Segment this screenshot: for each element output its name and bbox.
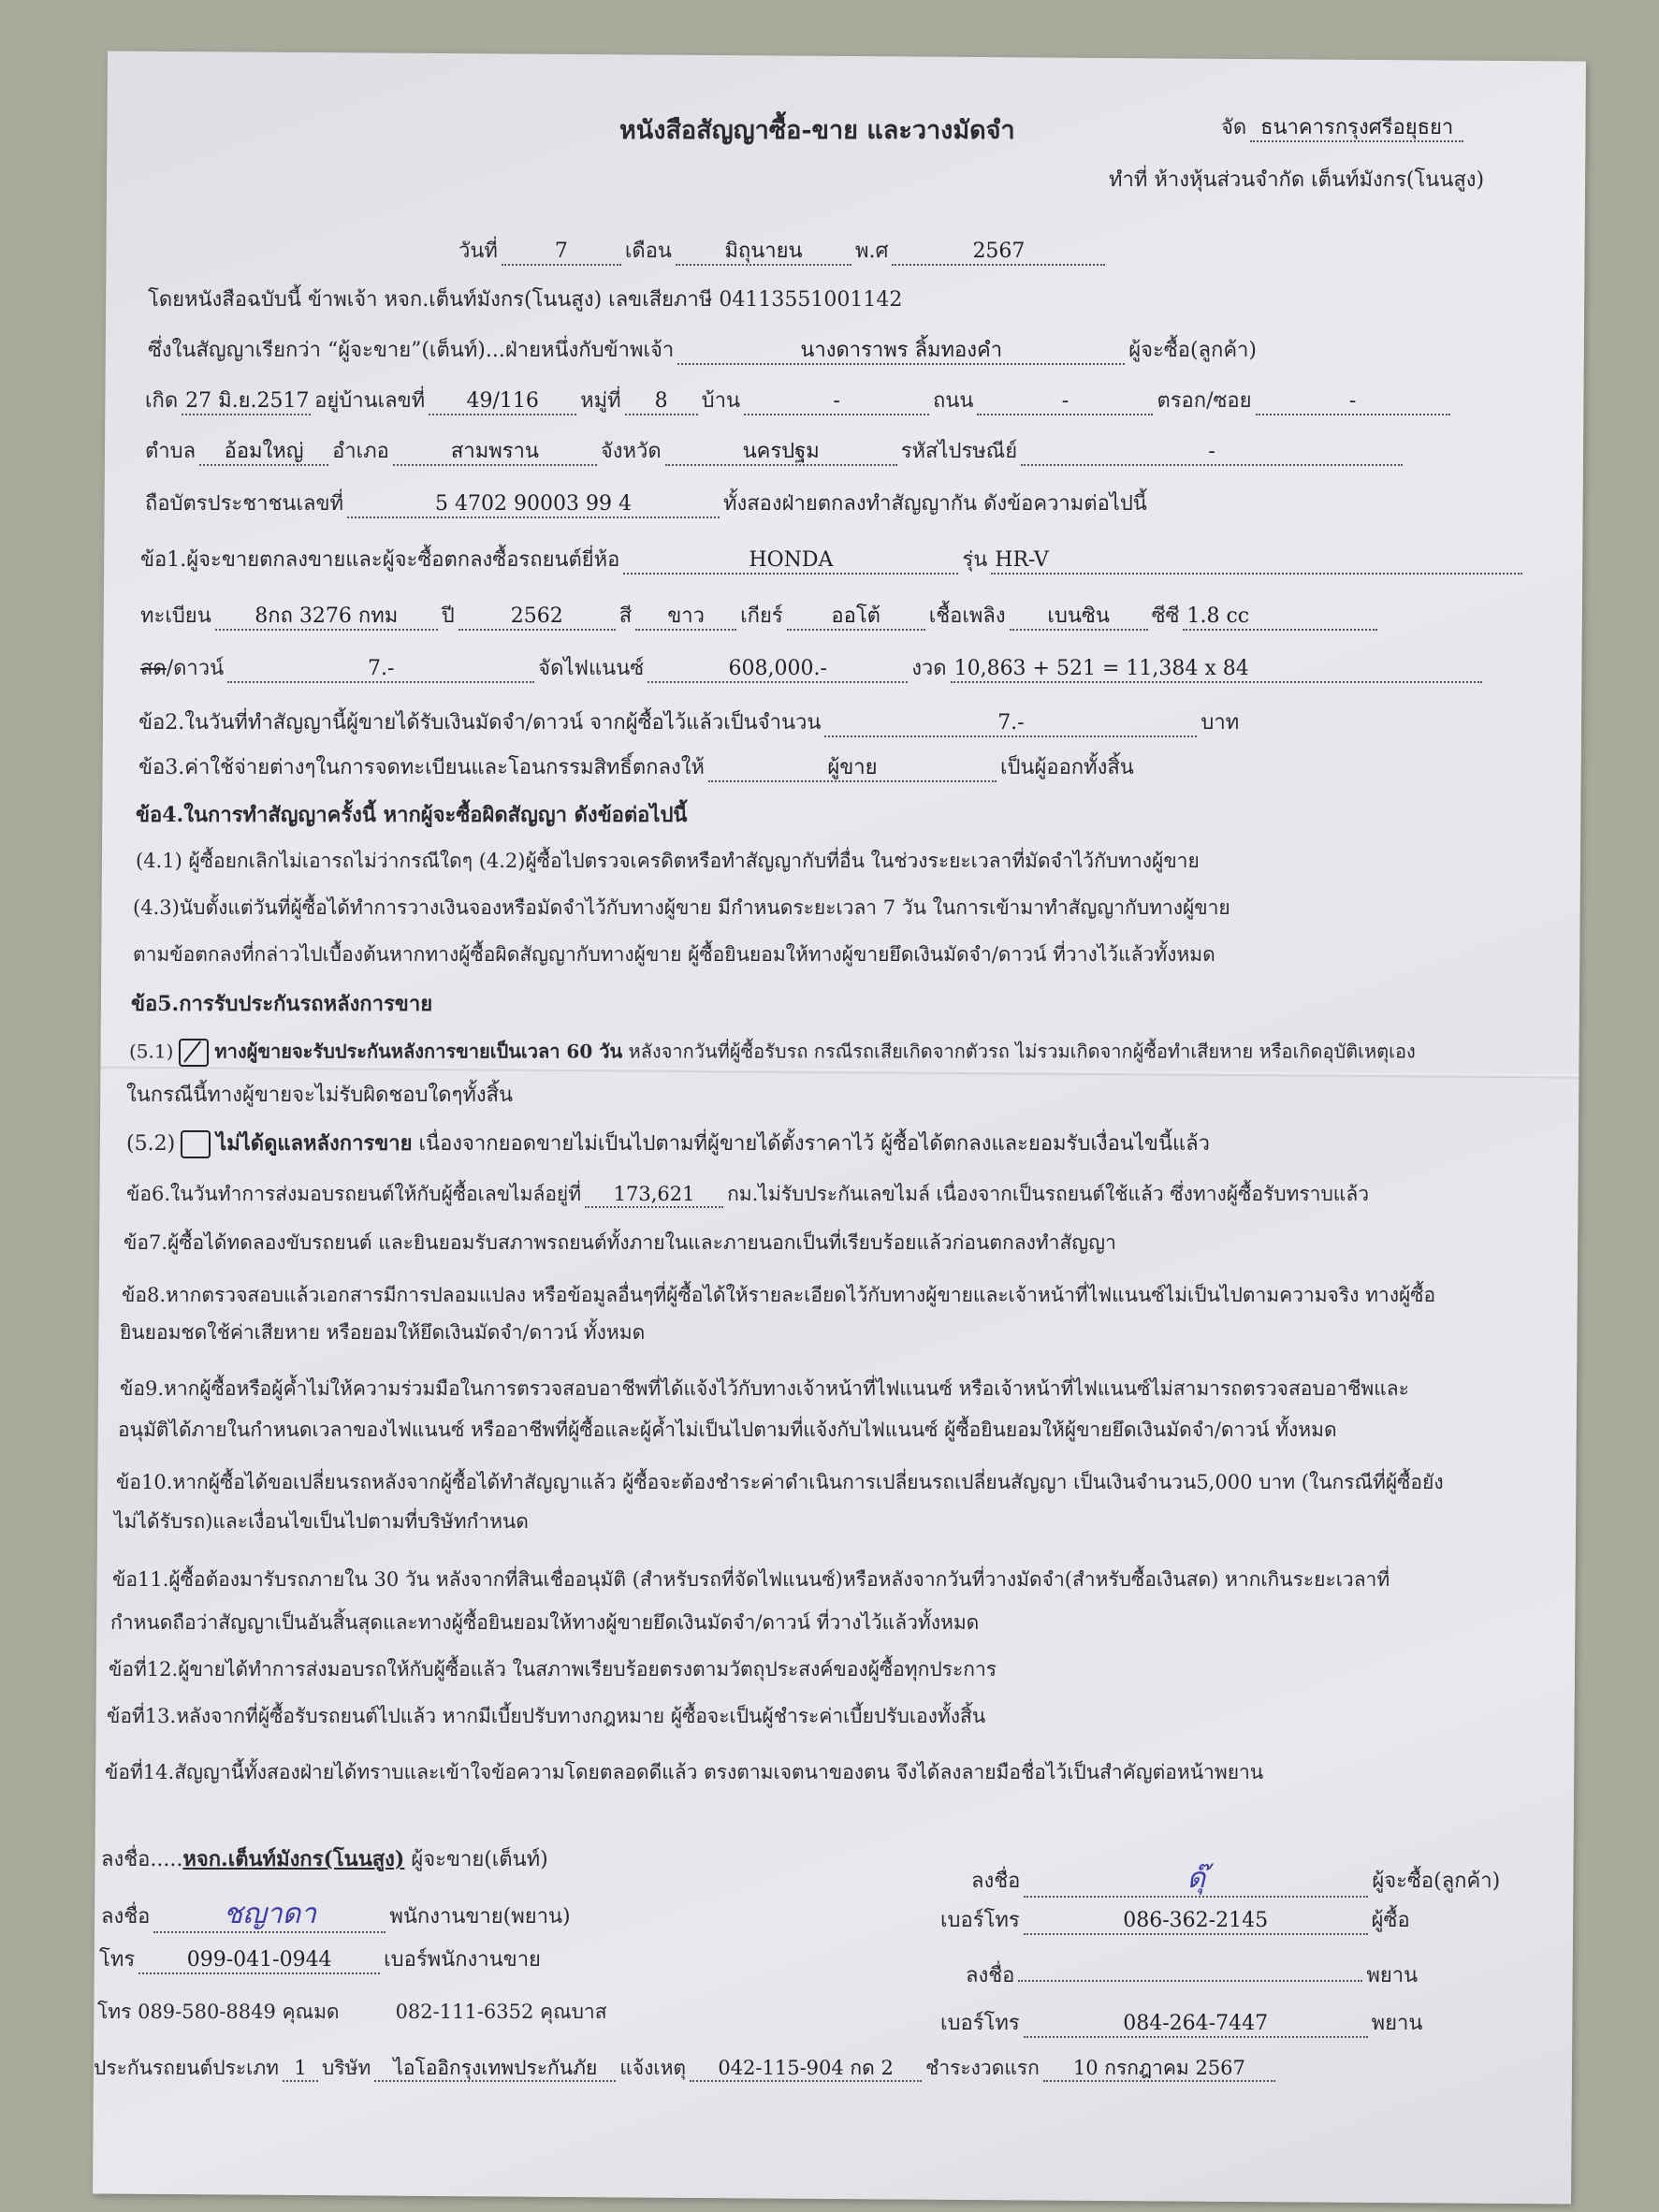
salesperson-signature: ชญาดา xyxy=(153,1898,386,1933)
salesperson-signature-row: ลงชื่อชญาดาพนักงานขาย(พยาน) xyxy=(101,1898,571,1933)
clause-3-text: ข้อ3.ค่าใช้จ่ายต่างๆในการจดทะเบียนและโอน… xyxy=(138,756,705,779)
witness-sign-label: ลงชื่อ xyxy=(966,1964,1014,1987)
id-row: ถือบัตรประชาชนเลขที่5 4702 90003 99 4ทั้… xyxy=(145,492,1147,518)
plate-value: 8กถ 3276 กทม xyxy=(215,604,438,631)
agree-text: ทั้งสองฝ่ายตกลงทำสัญญากัน ดังข้อความต่อไ… xyxy=(723,492,1147,516)
salesperson-sign-label: ลงชื่อ xyxy=(101,1905,150,1928)
clause-5-2-bold: ไม่ได้ดูแลหลังการขาย xyxy=(216,1131,412,1156)
finance-company-field: จัดธนาคารกรุงศรีอยุธยา xyxy=(1221,116,1467,142)
color-value: ขาว xyxy=(635,604,736,631)
witness-signature xyxy=(1018,1957,1362,1982)
insurance-company: ไอโออิกรุงเทพประกันภัย xyxy=(374,2057,616,2082)
clause-2-text: ข้อ2.ในวันที่ทำสัญญานี้ผู้ขายได้รับเงินม… xyxy=(138,711,821,735)
down-label: /ดาวน์ xyxy=(167,657,224,680)
insurance-company-label: บริษัท xyxy=(322,2057,371,2079)
day-value: 7 xyxy=(502,240,621,266)
insurance-type-label: ประกันรถยนต์ประเภท xyxy=(94,2057,279,2079)
clause-1-text: ข้อ1.ผู้จะขายตกลงขายและผู้จะซื้อตกลงซื้อ… xyxy=(140,548,619,572)
clause-11-line-1: ข้อ11.ผู้ซื้อต้องมารับรถภายใน 30 วัน หลั… xyxy=(112,1568,1390,1592)
clause-5-1-cont: ในกรณีนี้ทางผู้ขายจะไม่รับผิดชอบใดๆทั้งส… xyxy=(126,1084,513,1108)
clause-5-1-bold: ทางผู้ขายจะรับประกันหลังการขายเป็นเวลา 6… xyxy=(214,1041,622,1063)
district-row: ตำบลอ้อมใหญ่อำเภอสามพรานจังหวัดนครปฐมรหั… xyxy=(145,440,1406,466)
salesperson-phone-row: โทร099-041-0944เบอร์พนักงานขาย xyxy=(99,1948,541,1974)
born-label: เกิด xyxy=(145,389,178,413)
vehicle-brand: HONDA xyxy=(623,548,958,575)
clause-2: ข้อ2.ในวันที่ทำสัญญานี้ผู้ขายได้รับเงินม… xyxy=(138,711,1239,737)
claim-label: แจ้งเหตุ xyxy=(619,2057,686,2079)
salesperson-phone-label: โทร xyxy=(99,1948,135,1972)
clause-14: ข้อที่14.สัญญานี้ทั้งสองฝ่ายได้ทราบและเข… xyxy=(105,1761,1263,1784)
payment-row: สด/ดาวน์7.-จัดไฟแนนซ์608,000.-งวด10,863 … xyxy=(140,657,1486,683)
installment-value: 10,863 + 521 = 11,384 x 84 xyxy=(951,657,1482,683)
month-value: มิถุนายน xyxy=(676,240,851,266)
warranty-checkbox-checked[interactable] xyxy=(179,1039,209,1067)
clause-4-1: (4.1) ผู้ซื้อยกเลิกไม่เอารถไม่ว่ากรณีใดๆ… xyxy=(136,850,1200,873)
id-label: ถือบัตรประชาชนเลขที่ xyxy=(145,492,343,516)
clause-4-3: (4.3)นับตั้งแต่วันที่ผู้ซื้อได้ทำการวางเ… xyxy=(133,896,1230,920)
postcode-value: - xyxy=(1021,440,1403,466)
cc-label: ซีซี xyxy=(1152,604,1180,628)
first-payment-date: 10 กรกฎาคม 2567 xyxy=(1043,2057,1275,2082)
salesperson-phone: 099-041-0944 xyxy=(138,1948,380,1974)
clause-5-1: (5.1)ทางผู้ขายจะรับประกันหลังการขายเป็นเ… xyxy=(129,1039,1416,1067)
buyer-intro-text: ซึ่งในสัญญาเรียกว่า “ผู้จะขาย”(เต็นท์)..… xyxy=(148,339,674,362)
witness-signature-row: ลงชื่อพยาน xyxy=(966,1957,1418,1988)
cc-value: 1.8 cc xyxy=(1183,604,1377,631)
finance-label: จัด xyxy=(1221,116,1246,139)
buyer-phone: 086-362-2145 xyxy=(1024,1909,1368,1935)
buyer-signature-row: ลงชื่อดุ๊ผู้จะซื้อ(ลูกค้า) xyxy=(971,1862,1500,1898)
id-number: 5 4702 90003 99 4 xyxy=(347,492,720,518)
house-no-label: อยู่บ้านเลขที่ xyxy=(314,389,425,413)
soi-value: - xyxy=(1256,389,1450,415)
clause-8-line-2: ยินยอมชดใช้ค่าเสียหาย หรือยอมให้ยึดเงินม… xyxy=(120,1321,645,1345)
address-row: เกิด27 มิ.ย.2517อยู่บ้านเลขที่49/116หมู่… xyxy=(145,389,1454,415)
witness-phone-label: เบอร์โทร xyxy=(940,2012,1020,2035)
down-value: 7.- xyxy=(227,657,534,683)
clause-10-line-1: ข้อ10.หากผู้ซื้อได้ขอเปลี่ยนรถหลังจากผู้… xyxy=(116,1471,1444,1494)
born-value: 27 มิ.ย.2517 xyxy=(182,389,311,415)
clause-6: ข้อ6.ในวันทำการส่งมอบรถยนต์ให้กับผู้ซื้อ… xyxy=(126,1183,1369,1208)
buyer-intro: ซึ่งในสัญญาเรียกว่า “ผู้จะขาย”(เต็นท์)..… xyxy=(148,339,1257,365)
clause-4-end: ตามข้อตกลงที่กล่าวไปเบื้องต้นหากทางผู้ซื… xyxy=(133,943,1215,967)
vehicle-model: HR-V xyxy=(991,548,1522,575)
seller-signature-row: ลงชื่อ.....หจก.เต็นท์มังกร(โนนสูง) ผู้จะ… xyxy=(101,1847,548,1872)
model-label: รุ่น xyxy=(962,548,987,572)
buyer-sign-label: ลงชื่อ xyxy=(971,1870,1020,1893)
vehicle-year-value: 2562 xyxy=(458,604,616,631)
gear-value: ออโต้ xyxy=(787,604,925,631)
witness-phone-row: เบอร์โทร084-264-7447พยาน xyxy=(940,2012,1422,2038)
clause-3: ข้อ3.ค่าใช้จ่ายต่างๆในการจดทะเบียนและโอน… xyxy=(138,756,1134,782)
seller-role: ผู้จะขาย(เต็นท์) xyxy=(411,1848,547,1871)
salesperson-phone-role: เบอร์พนักงานขาย xyxy=(384,1948,541,1972)
buyer-name: นางดาราพร ลิ้มทองคำ xyxy=(677,339,1125,365)
buyer-phone-row: เบอร์โทร086-362-2145ผู้ซื้อ xyxy=(940,1909,1410,1935)
vehicle-year-label: ปี xyxy=(442,604,455,628)
document-title: หนังสือสัญญาซื้อ-ขาย และวางมัดจำ xyxy=(619,116,1015,146)
clause-10-line-2: ไม่ได้รับรถ)และเงื่อนไขเป็นไปตามที่บริษั… xyxy=(114,1510,529,1534)
year-label: พ.ศ xyxy=(855,240,888,263)
color-label: สี xyxy=(619,604,632,628)
seller-name: หจก.เต็นท์มังกร(โนนสูง) xyxy=(182,1847,404,1871)
salesperson-role: พนักงานขาย(พยาน) xyxy=(389,1905,570,1928)
clause-11-line-2: กำหนดถือว่าสัญญาเป็นอันสิ้นสุดและทางผู้ซ… xyxy=(110,1611,979,1635)
buyer-phone-label: เบอร์โทร xyxy=(940,1909,1020,1932)
first-payment-label: ชำระงวดแรก xyxy=(925,2057,1040,2079)
fee-payer: ผู้ขาย xyxy=(708,756,997,782)
day-label: วันที่ xyxy=(458,240,498,263)
insurance-row: ประกันรถยนต์ประเภท1บริษัทไอโออิกรุงเทพปร… xyxy=(94,2057,1279,2082)
clause-9-line-2: อนุมัติได้ภายในกำหนดเวลาของไฟแนนซ์ หรืออ… xyxy=(118,1419,1337,1442)
made-at: ทำที่ ห้างหุ้นส่วนจำกัด เต็นท์มังกร(โนนส… xyxy=(1109,168,1484,193)
amphoe-value: สามพราน xyxy=(393,440,597,466)
buyer-role: ผู้จะซื้อ(ลูกค้า) xyxy=(1128,339,1257,362)
finance-company-value: ธนาคารกรุงศรีอยุธยา xyxy=(1250,116,1463,142)
seller-intro: โดยหนังสือฉบับนี้ ข้าพเจ้า หจก.เต็นท์มัง… xyxy=(148,288,902,313)
province-label: จังหวัด xyxy=(601,440,662,463)
fuel-value: เบนซิน xyxy=(1010,604,1148,631)
seller-sign-label: ลงชื่อ..... xyxy=(101,1848,182,1871)
tambon-label: ตำบล xyxy=(145,440,196,463)
road-value: - xyxy=(977,389,1153,415)
claim-phone: 042-115-904 กด 2 xyxy=(690,2057,922,2082)
plate-label: ทะเบียน xyxy=(140,604,211,628)
contract-date: วันที่7เดือนมิถุนายนพ.ศ2567 xyxy=(458,240,1109,266)
contact-2: 082-111-6352 คุณบาส xyxy=(396,2001,607,2023)
buyer-sign-role: ผู้จะซื้อ(ลูกค้า) xyxy=(1372,1870,1500,1893)
tambon-value: อ้อมใหญ่ xyxy=(199,440,328,466)
witness-role: พยาน xyxy=(1366,1964,1418,1987)
clause-12: ข้อที่12.ผู้ขายได้ทำการส่งมอบรถให้กับผู้… xyxy=(109,1658,997,1681)
clause-5-2-text: เนื่องจากยอดขายไม่เป็นไปตามที่ผู้ขายได้ต… xyxy=(419,1132,1210,1156)
province-value: นครปฐม xyxy=(665,440,897,466)
deposit-unit: บาท xyxy=(1201,711,1239,735)
house-no-value: 49/116 xyxy=(429,389,576,415)
contact-phones: โทร 089-580-8849 คุณมด082-111-6352 คุณบา… xyxy=(97,2001,607,2024)
installment-label: งวด xyxy=(911,657,946,680)
contact-1: โทร 089-580-8849 คุณมด xyxy=(97,2001,340,2023)
road-label: ถนน xyxy=(933,389,973,413)
deposit-amount: 7.- xyxy=(824,711,1197,737)
clause-3-end: เป็นผู้ออกทั้งสิ้น xyxy=(1000,756,1134,779)
finance-amount-label: จัดไฟแนนซ์ xyxy=(538,657,644,680)
clause-5-2: (5.2)ไม่ได้ดูแลหลังการขาย เนื่องจากยอดขา… xyxy=(126,1130,1210,1158)
gear-label: เกียร์ xyxy=(740,604,783,628)
clause-5-title: ข้อ5.การรับประกันรถหลังการขาย xyxy=(131,992,432,1016)
no-warranty-checkbox[interactable] xyxy=(181,1130,211,1158)
clause-5-2-label: (5.2) xyxy=(126,1132,175,1156)
vehicle-detail-row: ทะเบียน8กถ 3276 กทมปี2562สีขาวเกียร์ออโต… xyxy=(140,604,1381,631)
amphoe-label: อำเภอ xyxy=(332,440,389,463)
vehicle-brand-row: ข้อ1.ผู้จะขายตกลงขายและผู้จะซื้อตกลงซื้อ… xyxy=(140,548,1526,575)
moo-label: หมู่ที่ xyxy=(580,389,621,413)
clause-9-line-1: ข้อ9.หากผู้ซื้อหรือผู้ค้ำไม่ให้ความร่วมม… xyxy=(120,1377,1409,1401)
month-label: เดือน xyxy=(625,240,672,263)
mileage-value: 173,621 xyxy=(585,1183,723,1208)
year-value: 2567 xyxy=(892,240,1105,266)
village-value: - xyxy=(744,389,929,415)
clause-13: ข้อที่13.หลังจากที่ผู้ซื้อรับรถยนต์ไปแล้… xyxy=(107,1705,985,1728)
buyer-phone-role: ผู้ซื้อ xyxy=(1372,1909,1410,1932)
buyer-signature: ดุ๊ xyxy=(1024,1862,1368,1898)
cash-label-struck: สด xyxy=(140,657,167,680)
clause-5-1-label: (5.1) xyxy=(129,1041,173,1063)
fuel-label: เชื้อเพลิง xyxy=(929,604,1006,628)
witness-phone: 084-264-7447 xyxy=(1024,2012,1368,2038)
clause-5-1-text: หลังจากวันที่ผู้ซื้อรับรถ กรณีรถเสียเกิด… xyxy=(628,1041,1415,1063)
clause-6-end: กม.ไม่รับประกันเลขไมล์ เนื่องจากเป็นรถยน… xyxy=(727,1183,1369,1205)
clause-7: ข้อ7.ผู้ซื้อได้ทดลองขับรถยนต์ และยินยอมร… xyxy=(124,1231,1116,1255)
finance-amount-value: 608,000.- xyxy=(648,657,908,683)
clause-8-line-1: ข้อ8.หากตรวจสอบแล้วเอกสารมีการปลอมแปลง ห… xyxy=(122,1284,1435,1307)
moo-value: 8 xyxy=(625,389,698,415)
witness-phone-role: พยาน xyxy=(1372,2012,1423,2035)
postcode-label: รหัสไปรษณีย์ xyxy=(901,440,1017,463)
clause-4-title: ข้อ4.ในการทำสัญญาครั้งนี้ หากผู้จะซื้อผิ… xyxy=(136,803,687,827)
village-label: บ้าน xyxy=(702,389,740,413)
clause-6-text: ข้อ6.ในวันทำการส่งมอบรถยนต์ให้กับผู้ซื้อ… xyxy=(126,1183,581,1205)
insurance-type: 1 xyxy=(283,2057,318,2082)
soi-label: ตรอก/ซอย xyxy=(1157,389,1251,413)
